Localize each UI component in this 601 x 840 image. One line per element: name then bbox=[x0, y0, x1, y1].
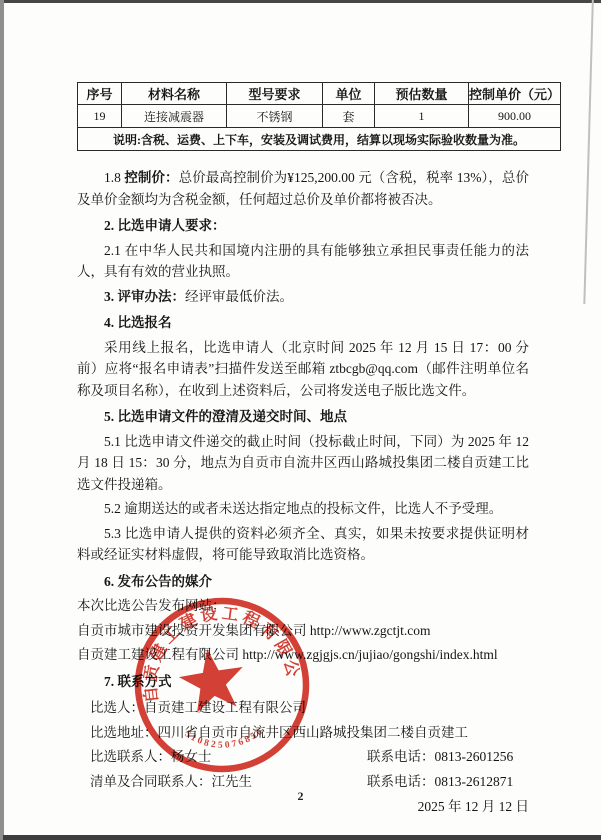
col-header-unit-price: 控制单价（元） bbox=[469, 83, 561, 105]
cell-model: 不锈钢 bbox=[227, 105, 323, 128]
page-number: 2 bbox=[0, 789, 601, 804]
cell-material: 连接减震器 bbox=[122, 105, 227, 128]
scanned-document-page: 序号 材料名称 型号要求 单位 预估数量 控制单价（元） 19 连接减震器 不锈… bbox=[0, 0, 601, 840]
col-header-unit: 单位 bbox=[323, 83, 375, 105]
heading-registration: 4. 比选报名 bbox=[77, 312, 529, 334]
heading-announcement-media: 6. 发布公告的媒介 bbox=[77, 571, 529, 593]
para-control-price-label: 控制价： bbox=[124, 170, 178, 185]
para-5-1: 5.1 比选申请文件递交的截止时间（投标截止时间，下同）为 2025 年 12 … bbox=[77, 431, 529, 496]
seal-code: 510825076856 bbox=[181, 717, 268, 757]
heading-review-method: 3. 评审办法： bbox=[104, 289, 185, 304]
col-header-material: 材料名称 bbox=[122, 83, 227, 105]
company-seal-stamp: 自贡建工建设工程有限公司 510825076856 bbox=[120, 583, 324, 787]
scan-edge-bottom bbox=[3, 835, 601, 840]
col-header-quantity: 预估数量 bbox=[375, 83, 469, 105]
table-row: 19 连接减震器 不锈钢 套 1 900.00 bbox=[78, 105, 561, 128]
cell-seq: 19 bbox=[78, 105, 122, 128]
para-review-method-body: 经评审最低价法。 bbox=[185, 289, 293, 304]
cell-unit-price: 900.00 bbox=[469, 105, 561, 128]
heading-applicant-requirements: 2. 比选申请人要求： bbox=[77, 215, 529, 237]
contact-phone: 联系电话：0813-2601256 bbox=[367, 745, 513, 770]
table-note-row: 说明:含税、运费、上下车，安装及调试费用，结算以现场实际验收数量为准。 bbox=[78, 128, 561, 151]
para-2-1: 2.1 在中华人民共和国境内注册的具有能够独立承担民事责任能力的法人，具有有效的… bbox=[77, 240, 529, 283]
table-header-row: 序号 材料名称 型号要求 单位 预估数量 控制单价（元） bbox=[78, 83, 561, 105]
para-control-price: 1.8 控制价：总价最高控制价为¥125,200.00 元（含税，税率 13%）… bbox=[77, 167, 529, 210]
col-header-model: 型号要求 bbox=[227, 83, 323, 105]
para-5-3: 5.3 比选申请人提供的资料必须齐全、真实，如果未按要求提供证明材料或经证实材料… bbox=[77, 523, 529, 566]
cell-quantity: 1 bbox=[375, 105, 469, 128]
cell-unit: 套 bbox=[323, 105, 375, 128]
scan-edge-top bbox=[0, 0, 601, 3]
para-control-price-num: 1.8 bbox=[104, 170, 124, 185]
col-header-seq: 序号 bbox=[78, 83, 122, 105]
table-note: 说明:含税、运费、上下车，安装及调试费用，结算以现场实际验收数量为准。 bbox=[78, 128, 561, 151]
heading-submission: 5. 比选申请文件的澄清及递交时间、地点 bbox=[77, 406, 529, 428]
materials-table: 序号 材料名称 型号要求 单位 预估数量 控制单价（元） 19 连接减震器 不锈… bbox=[77, 82, 561, 151]
scan-edge-left bbox=[0, 0, 4, 840]
para-review-method: 3. 评审办法：经评审最低价法。 bbox=[77, 286, 529, 308]
seal-star bbox=[175, 644, 248, 715]
para-registration: 采用线上报名，比选申请人（北京时间 2025 年 12 月 15 日 17：00… bbox=[77, 337, 529, 402]
para-5-2: 5.2 逾期送达的或者未送达指定地点的投标文件，比选人不予受理。 bbox=[77, 498, 529, 520]
scan-edge-right bbox=[583, 0, 594, 304]
